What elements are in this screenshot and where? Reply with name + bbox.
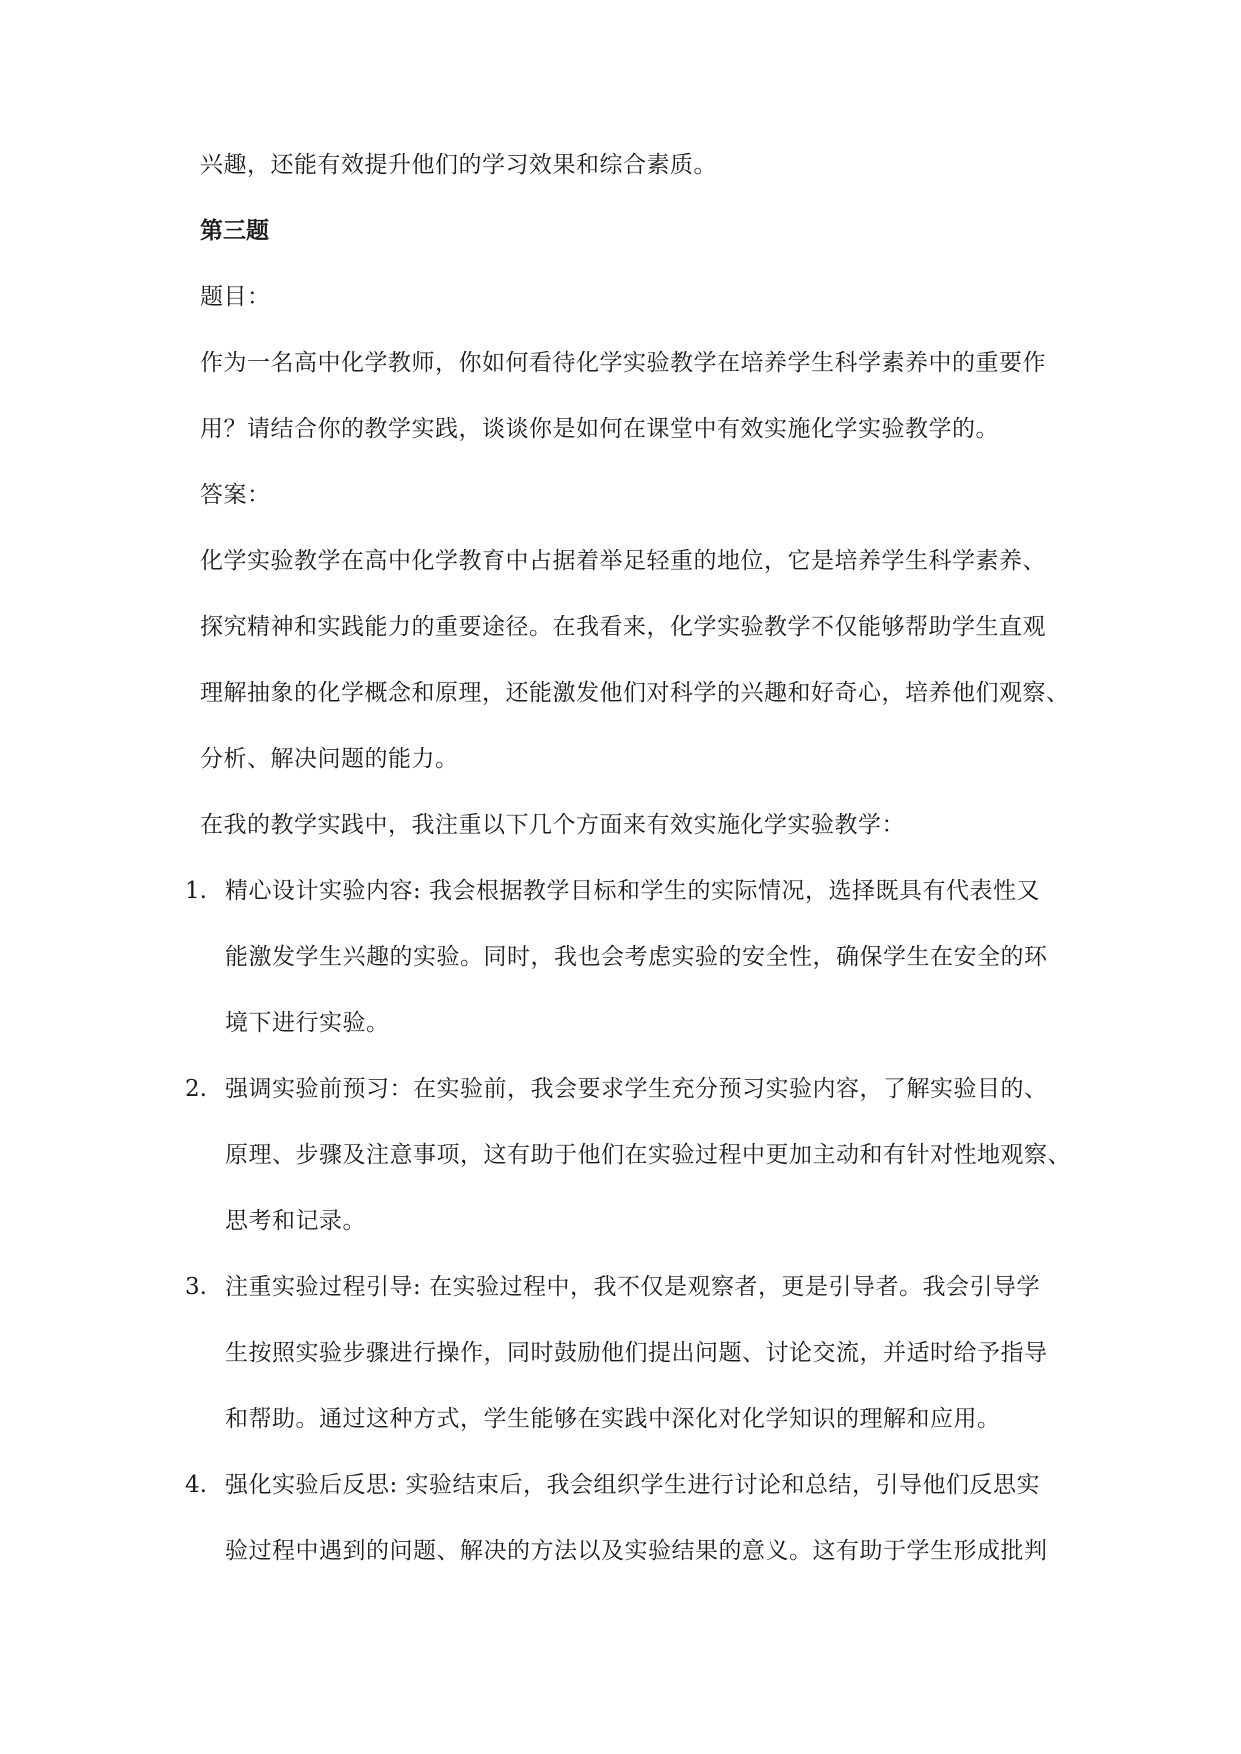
list-item-2-line-1: 强调实验前预习：在实验前，我会要求学生充分预习实验内容，了解实验目的、 [225, 1074, 1048, 1104]
list-item-1-line-2: 能激发学生兴趣的实验。同时，我也会考虑实验的安全性，确保学生在安全的环 [225, 942, 1048, 972]
list-item-2-line-2: 原理、步骤及注意事项，这有助于他们在实验过程中更加主动和有针对性地观察、 [225, 1140, 1071, 1170]
list-item-number: 1. [185, 876, 207, 906]
list-item-4-line-1: 强化实验后反思: 实验结束后，我会组织学生进行讨论和总结，引导他们反思实 [225, 1470, 1040, 1500]
list-item-1-line-3: 境下进行实验。 [225, 1008, 390, 1038]
section-title: 第三题 [200, 216, 269, 246]
list-item-4-line-2: 验过程中遇到的问题、解决的方法以及实验结果的意义。这有助于学生形成批判 [225, 1536, 1048, 1566]
list-item-2-line-3: 思考和记录。 [225, 1206, 366, 1236]
document-page: 兴趣，还能有效提升他们的学习效果和综合素质。 第三题 题目： 作为一名高中化学教… [0, 0, 1241, 1754]
list-item-1-line-1: 精心设计实验内容: 我会根据教学目标和学生的实际情况，选择既具有代表性又 [225, 876, 1040, 906]
list-item-number: 2. [185, 1074, 207, 1104]
paragraph-continuation: 兴趣，还能有效提升他们的学习效果和综合素质。 [200, 150, 717, 180]
answer-intro-line-1: 化学实验教学在高中化学教育中占据着举足轻重的地位，它是培养学生科学素养、 [200, 546, 1046, 576]
answer-intro-line-3: 理解抽象的化学概念和原理，还能激发他们对科学的兴趣和好奇心，培养他们观察、 [200, 678, 1070, 708]
list-item-3-line-2: 生按照实验步骤进行操作，同时鼓励他们提出问题、讨论交流，并适时给予指导 [225, 1338, 1048, 1368]
list-item-number: 3. [185, 1272, 207, 1302]
question-line-2: 用？请结合你的教学实践，谈谈你是如何在课堂中有效实施化学实验教学的。 [200, 414, 999, 444]
list-item-number: 4. [185, 1470, 207, 1500]
list-item-3-line-1: 注重实验过程引导: 在实验过程中，我不仅是观察者，更是引导者。我会引导学 [225, 1272, 1040, 1302]
question-label: 题目： [200, 282, 271, 312]
answer-label: 答案： [200, 480, 271, 510]
list-item-3-line-3: 和帮助。通过这种方式，学生能够在实践中深化对化学知识的理解和应用。 [225, 1404, 1001, 1434]
question-line-1: 作为一名高中化学教师，你如何看待化学实验教学在培养学生科学素养中的重要作 [200, 348, 1046, 378]
answer-intro-line-4: 分析、解决问题的能力。 [200, 744, 459, 774]
practice-intro: 在我的教学实践中，我注重以下几个方面来有效实施化学实验教学： [200, 810, 905, 840]
answer-intro-line-2: 探究精神和实践能力的重要途径。在我看来，化学实验教学不仅能够帮助学生直观 [200, 612, 1046, 642]
